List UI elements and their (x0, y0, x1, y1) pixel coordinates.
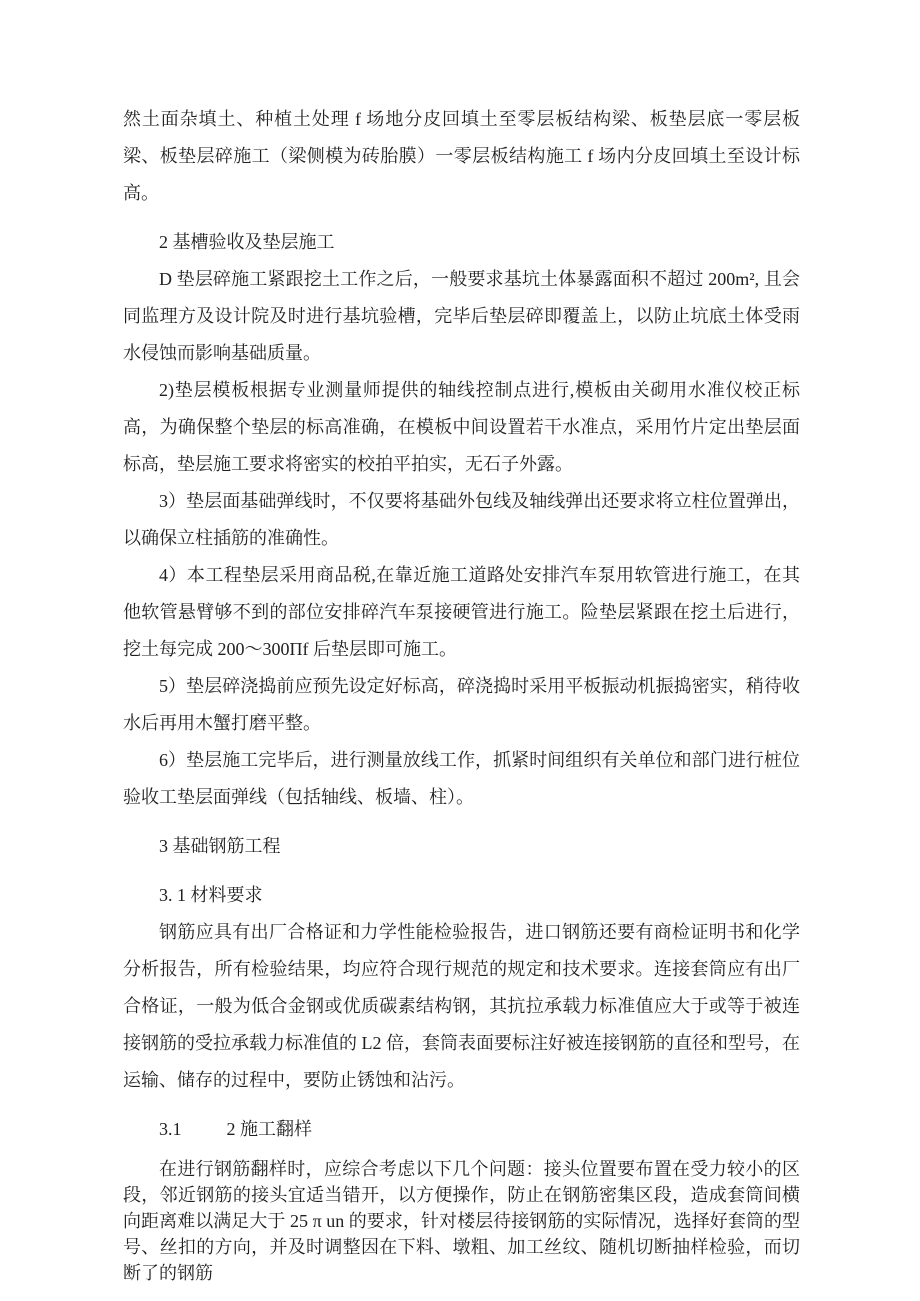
para-rebar-certificates: 钢筋应具有出厂合格证和力学性能检验报告，进口钢筋还要有商检证明书和化学分析报告，… (123, 914, 800, 1099)
document-page: 然土面杂填土、种植土处理 f 场地分皮回填土至零层板结构梁、板垫层底一零层板梁、… (0, 0, 920, 1301)
para-cushion-vibration: 5）垫层碎浇捣前应预先设定好标高，碎浇捣时采用平板振动机振捣密实，稍待收水后再用… (123, 668, 800, 742)
para-backfill-continuation: 然土面杂填土、种植土处理 f 场地分皮回填土至零层板结构梁、板垫层底一零层板梁、… (123, 101, 800, 212)
para-survey-lines: 6）垫层施工完毕后，进行测量放线工作，抓紧时间组织有关单位和部门进行桩位验收工垫… (123, 742, 800, 816)
para-rebar-detailing: 在进行钢筋翻样时，应综合考虑以下几个问题：接头位置要布置在受力较小的区段，邻近钢… (123, 1156, 800, 1286)
para-cushion-surface-lines: 3）垫层面基础弹线时，不仅要将基础外包线及轴线弹出还要求将立柱位置弹出，以确保立… (123, 483, 800, 557)
heading-section-2-trench-acceptance: 2 基槽验收及垫层施工 (123, 224, 800, 261)
para-cushion-formwork: 2)垫层模板根据专业测量师提供的轴线控制点进行,模板由关砌用水准仪校正标高，为确… (123, 372, 800, 483)
para-concrete-pump: 4）本工程垫层采用商品税,在靠近施工道路处安排汽车泵用软管进行施工，在其他软管悬… (123, 557, 800, 668)
heading-3-1-material-requirements: 3. 1 材料要求 (123, 877, 800, 914)
para-cushion-follow-excavation: D 垫层碎施工紧跟挖土工作之后，一般要求基坑土体暴露面积不超过 200m², 且… (123, 261, 800, 372)
heading-section-3-rebar: 3 基础钢筋工程 (123, 828, 800, 865)
heading-3-1-2-shop-drawings: 3.1 2 施工翻样 (123, 1111, 800, 1148)
